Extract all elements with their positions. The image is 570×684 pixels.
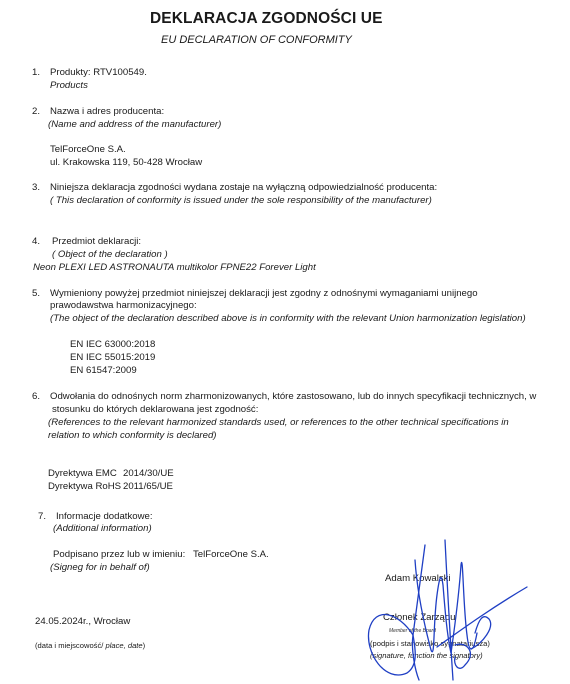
section-label: Przedmiot deklaracji: xyxy=(52,236,141,248)
manufacturer-name: TelForceOne S.A. xyxy=(50,144,126,156)
directive-code: 2011/65/UE xyxy=(123,481,173,493)
signatory-name: Adam Kowalski xyxy=(385,573,451,585)
date-place-caption: (data i miejscowość/ place, date) xyxy=(35,640,145,652)
caption-pl: (data i miejscowość/ xyxy=(35,641,105,650)
signed-by-translation: (Signeg for in behalf of) xyxy=(50,562,150,574)
directive-name: Dyrektywa RoHS xyxy=(48,481,121,493)
section-translation-line2: relation to which conformity is declared… xyxy=(48,430,217,442)
section-label: Informacje dodatkowe: xyxy=(56,511,153,523)
standard-item: EN 61547:2009 xyxy=(70,365,137,377)
signature-caption-pl: (podpis i stanowisko sygnatariusza) xyxy=(370,638,490,650)
caption-end: ) xyxy=(143,641,146,650)
section-translation: (Additional information) xyxy=(53,523,152,535)
directive-name: Dyrektywa EMC xyxy=(48,468,117,480)
page-title: DEKLARACJA ZGODNOŚCI UE xyxy=(150,13,383,25)
section-translation: ( This declaration of conformity is issu… xyxy=(50,195,432,207)
section-number: 7. xyxy=(38,511,46,523)
section-label: Produkty: RTV100549. xyxy=(50,67,147,79)
section-translation: Products xyxy=(50,80,88,92)
section-number: 5. xyxy=(32,288,40,300)
signatory-position: Członek Zarządu xyxy=(383,612,456,624)
section-number: 1. xyxy=(32,67,40,79)
section-translation: (The object of the declaration described… xyxy=(50,313,526,325)
section-label-line2: prawodawstwa harmonizacyjnego: xyxy=(50,300,197,312)
standard-item: EN IEC 63000:2018 xyxy=(70,339,155,351)
signed-by-value: TelForceOne S.A. xyxy=(193,549,269,561)
signed-by-label: Podpisano przez lub w imieniu: xyxy=(53,549,185,561)
section-translation: (Name and address of the manufacturer) xyxy=(48,119,221,131)
date-place: 24.05.2024r., Wrocław xyxy=(35,616,130,628)
signatory-position-en: Member of the Board xyxy=(389,625,436,637)
section-number: 6. xyxy=(32,391,40,403)
section-label: Nazwa i adres producenta: xyxy=(50,106,164,118)
section-number: 4. xyxy=(32,236,40,248)
signature-caption-en: (signature, function the signatory) xyxy=(370,650,483,662)
directive-code: 2014/30/UE xyxy=(123,468,174,480)
section-number: 2. xyxy=(32,106,40,118)
section-label: Niniejsza deklaracja zgodności wydana zo… xyxy=(50,182,437,194)
section-label-line1: Wymieniony powyżej przedmiot niniejszej … xyxy=(50,288,478,300)
section-label-line1: Odwołania do odnośnych norm zharmonizowa… xyxy=(50,391,536,403)
section-translation: ( Object of the declaration ) xyxy=(52,249,168,261)
section-label-line2: stosunku do których deklarowana jest zgo… xyxy=(52,404,258,416)
section-translation-line1: (References to the relevant harmonized s… xyxy=(48,417,509,429)
section-number: 3. xyxy=(32,182,40,194)
caption-en: place, date xyxy=(105,641,142,650)
standard-item: EN IEC 55015:2019 xyxy=(70,352,155,364)
page-subtitle: EU DECLARATION OF CONFORMITY xyxy=(161,34,352,46)
manufacturer-address: ul. Krakowska 119, 50-428 Wrocław xyxy=(50,157,202,169)
declaration-object: Neon PLEXI LED ASTRONAUTA multikolor FPN… xyxy=(33,262,316,274)
